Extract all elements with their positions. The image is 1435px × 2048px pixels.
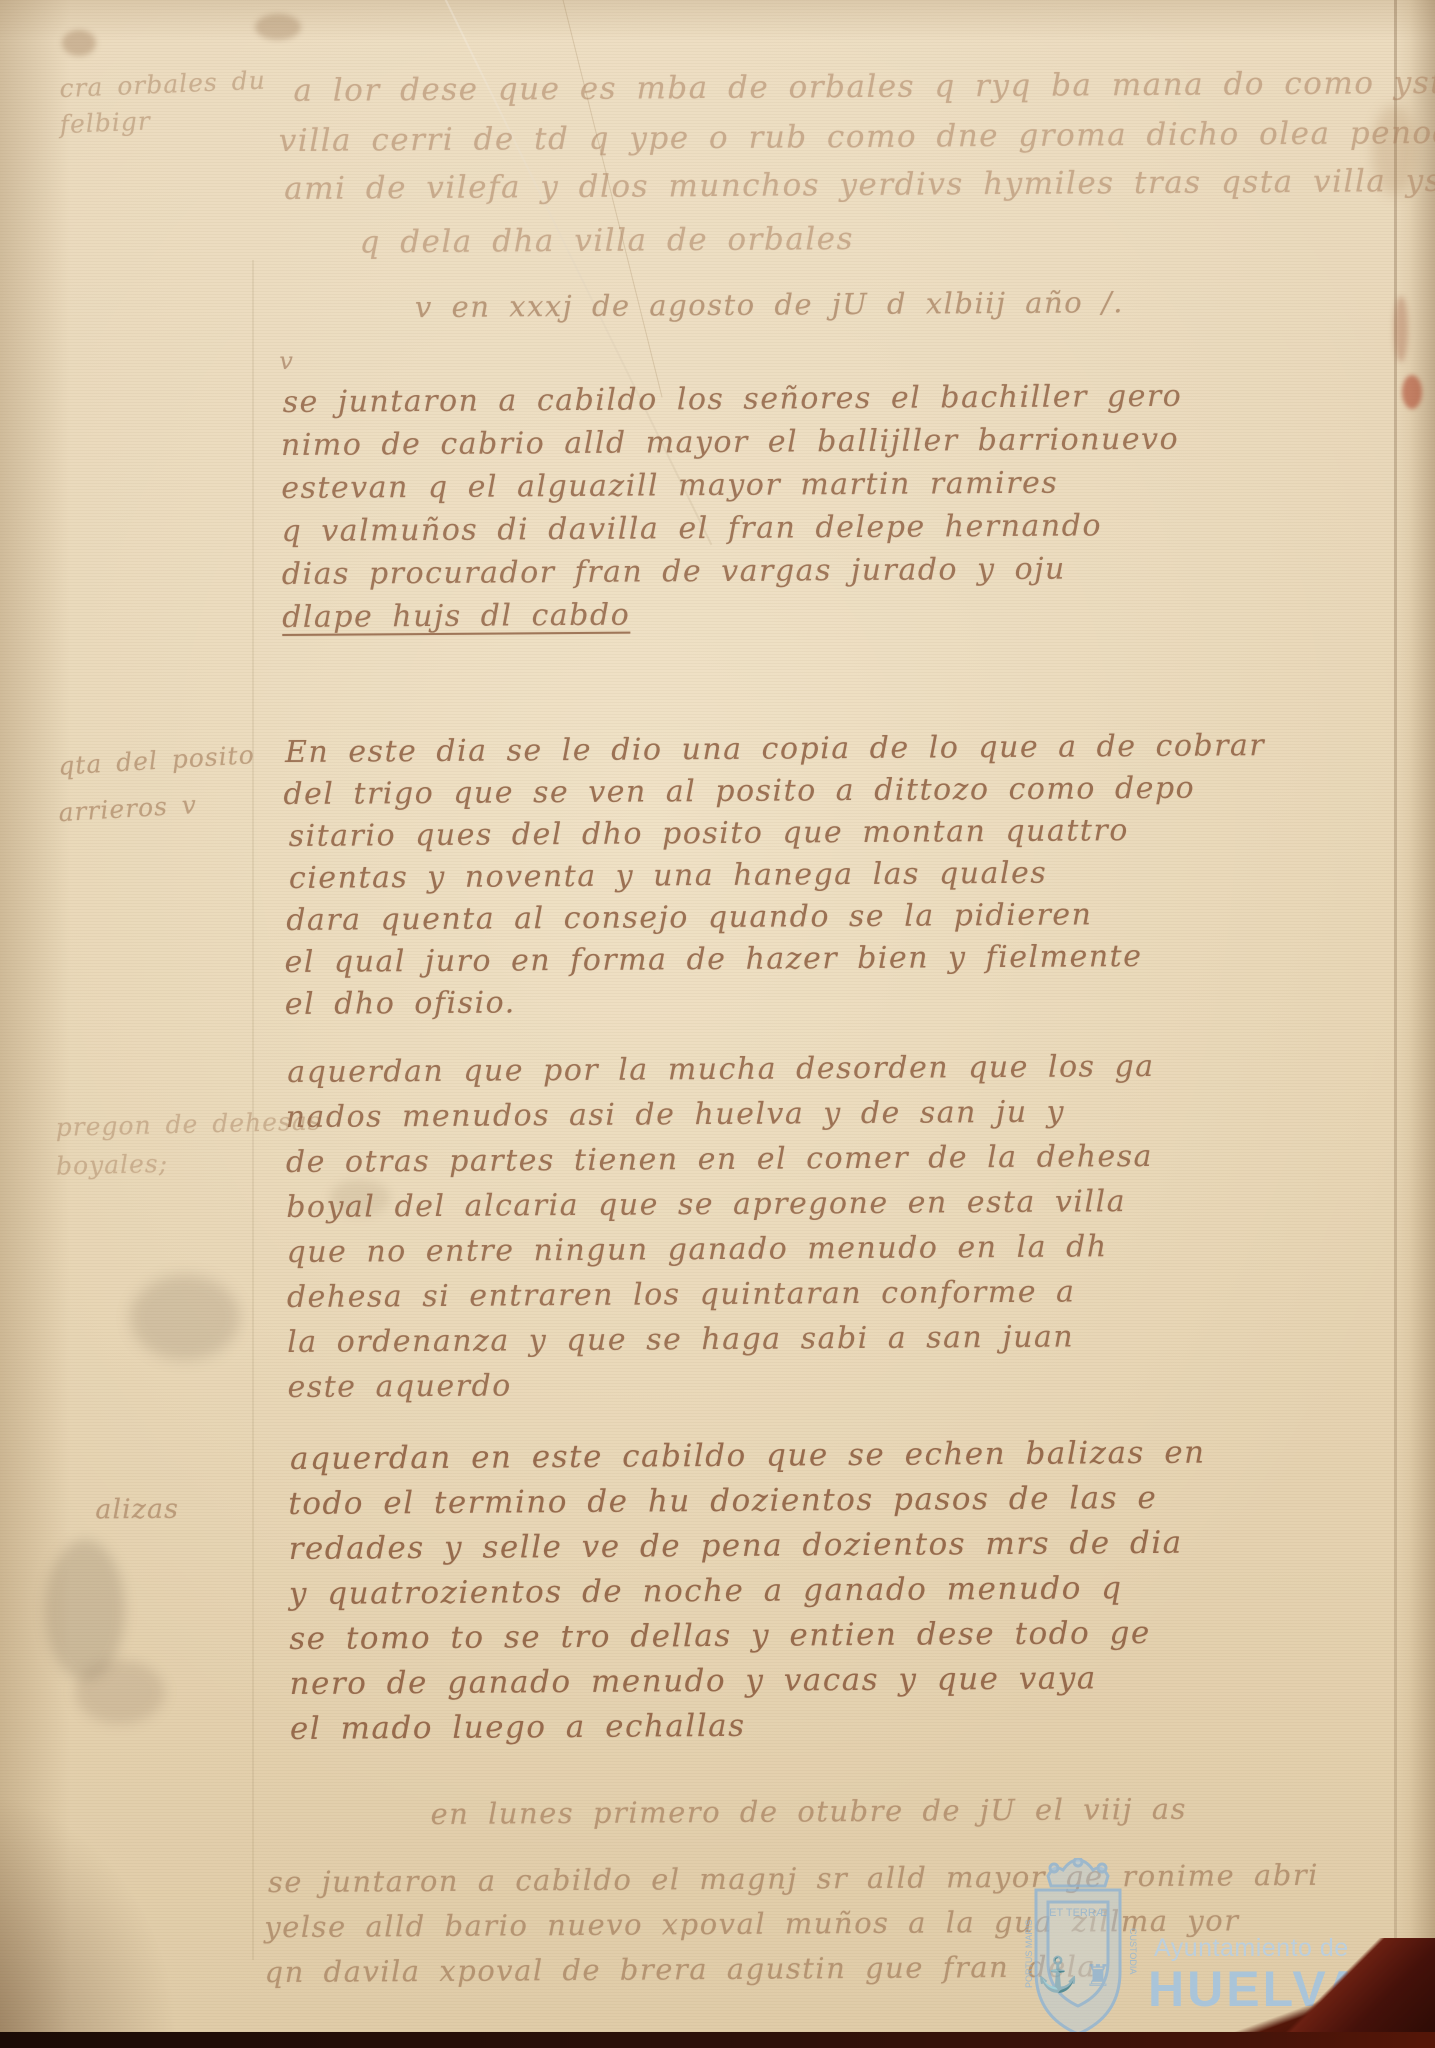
manuscript-line: el mado luego a echallas [290,1708,746,1747]
manuscript-text-layer: cra orbales du felbigr qta del posito ar… [0,0,1435,2048]
date-line: v en xxxj de agosto de jU d xlbiij año /… [415,285,1124,324]
date-line: en lunes primero de otubre de jU el viij… [430,1792,1187,1831]
margin-note: pregon de dehesas [55,1106,321,1141]
margin-note: felbigr [59,106,151,139]
binding-strip [0,2032,1435,2048]
manuscript-line: sitario ques del dho posito que montan q… [289,813,1129,854]
manuscript-line: se juntaron a cabildo los señores el bac… [283,379,1183,420]
manuscript-line: el qual juro en forma de hazer bien y fi… [284,939,1142,980]
margin-note: cra orbales du [59,66,266,104]
manuscript-line: dehesa si entraren los quintaran conform… [287,1275,1076,1316]
header-line: ami de vilefa y dlos munchos yerdivs hym… [284,163,1435,207]
manuscript-line: cientas y noventa y una hanega las quale… [289,856,1047,896]
manuscript-line: dias procurador fran de vargas jurado y … [282,552,1066,592]
margin-note: arrieros v [58,790,198,827]
manuscript-line: este aquerdo [287,1368,512,1405]
manuscript-line: y quatrozientos de noche a ganado menudo… [289,1570,1123,1612]
manuscript-line: dara quenta al consejo quando se la pidi… [286,897,1092,938]
margin-note: qta del posito [57,740,255,781]
manuscript-line: redades y selle ve de pena dozientos mrs… [289,1525,1183,1567]
shield-motto-right: CUSTODIA [1128,1928,1138,1974]
shield-motto-left: PORTUS MARIS [1024,1920,1034,1988]
manuscript-line: q valmuños di davilla el fran delepe her… [281,508,1102,549]
header-line: q dela dha villa de orbales [359,221,854,260]
manuscript-line: nero de ganado menudo y vacas y que vaya [289,1660,1096,1702]
manuscript-line: boyal del alcaria que se apregone en est… [286,1184,1126,1225]
binding-edge [1235,1938,1435,2038]
header-line: villa cerri de td q ype o rub como dne g… [279,115,1435,159]
manuscript-line: la ordenanza y que se haga sabi a san ju… [287,1320,1074,1360]
manuscript-line: el dho ofisio. [285,985,516,1022]
closing-line: qn davila xpoval de brera agustin gue fr… [264,1949,1096,1989]
manuscript-line: estevan q el alguazill mayor martin rami… [281,466,1058,506]
manuscript-page: cra orbales du felbigr qta del posito ar… [0,0,1435,2048]
anchor-icon: ⚓ [1037,1955,1079,1994]
manuscript-line: nimo de cabrio alld mayor el ballijller … [281,422,1179,463]
manuscript-line: de otras partes tienen en el comer de la… [286,1139,1153,1180]
margin-note: alizas [95,1494,179,1526]
manuscript-line: En este dia se le dio una copia de lo qu… [285,728,1265,770]
stray-mark: v [279,347,294,375]
manuscript-line: nados menudos asi de huelva y de san ju … [286,1095,1066,1135]
shield-motto-top: ET TERRÆ [1049,1907,1107,1919]
manuscript-line: todo el termino de hu dozientos pasos de… [288,1480,1157,1522]
manuscript-line: aquerdan en este cabildo que se echen ba… [290,1435,1206,1477]
manuscript-line: se tomo to se tro dellas y entien dese t… [289,1615,1151,1657]
manuscript-line: dlape hujs dl cabdo [282,598,630,635]
margin-note: boyales; [56,1149,169,1181]
manuscript-line: que no entre ningun ganado menudo en la … [286,1229,1107,1270]
tower-icon: ♜ [1085,1960,1112,1993]
header-line: a lor dese que es mba de orbales q ryq b… [293,65,1435,109]
manuscript-line: aquerdan que por la mucha desorden que l… [287,1049,1155,1090]
manuscript-line: del trigo que se ven al posito a dittozo… [283,771,1195,812]
